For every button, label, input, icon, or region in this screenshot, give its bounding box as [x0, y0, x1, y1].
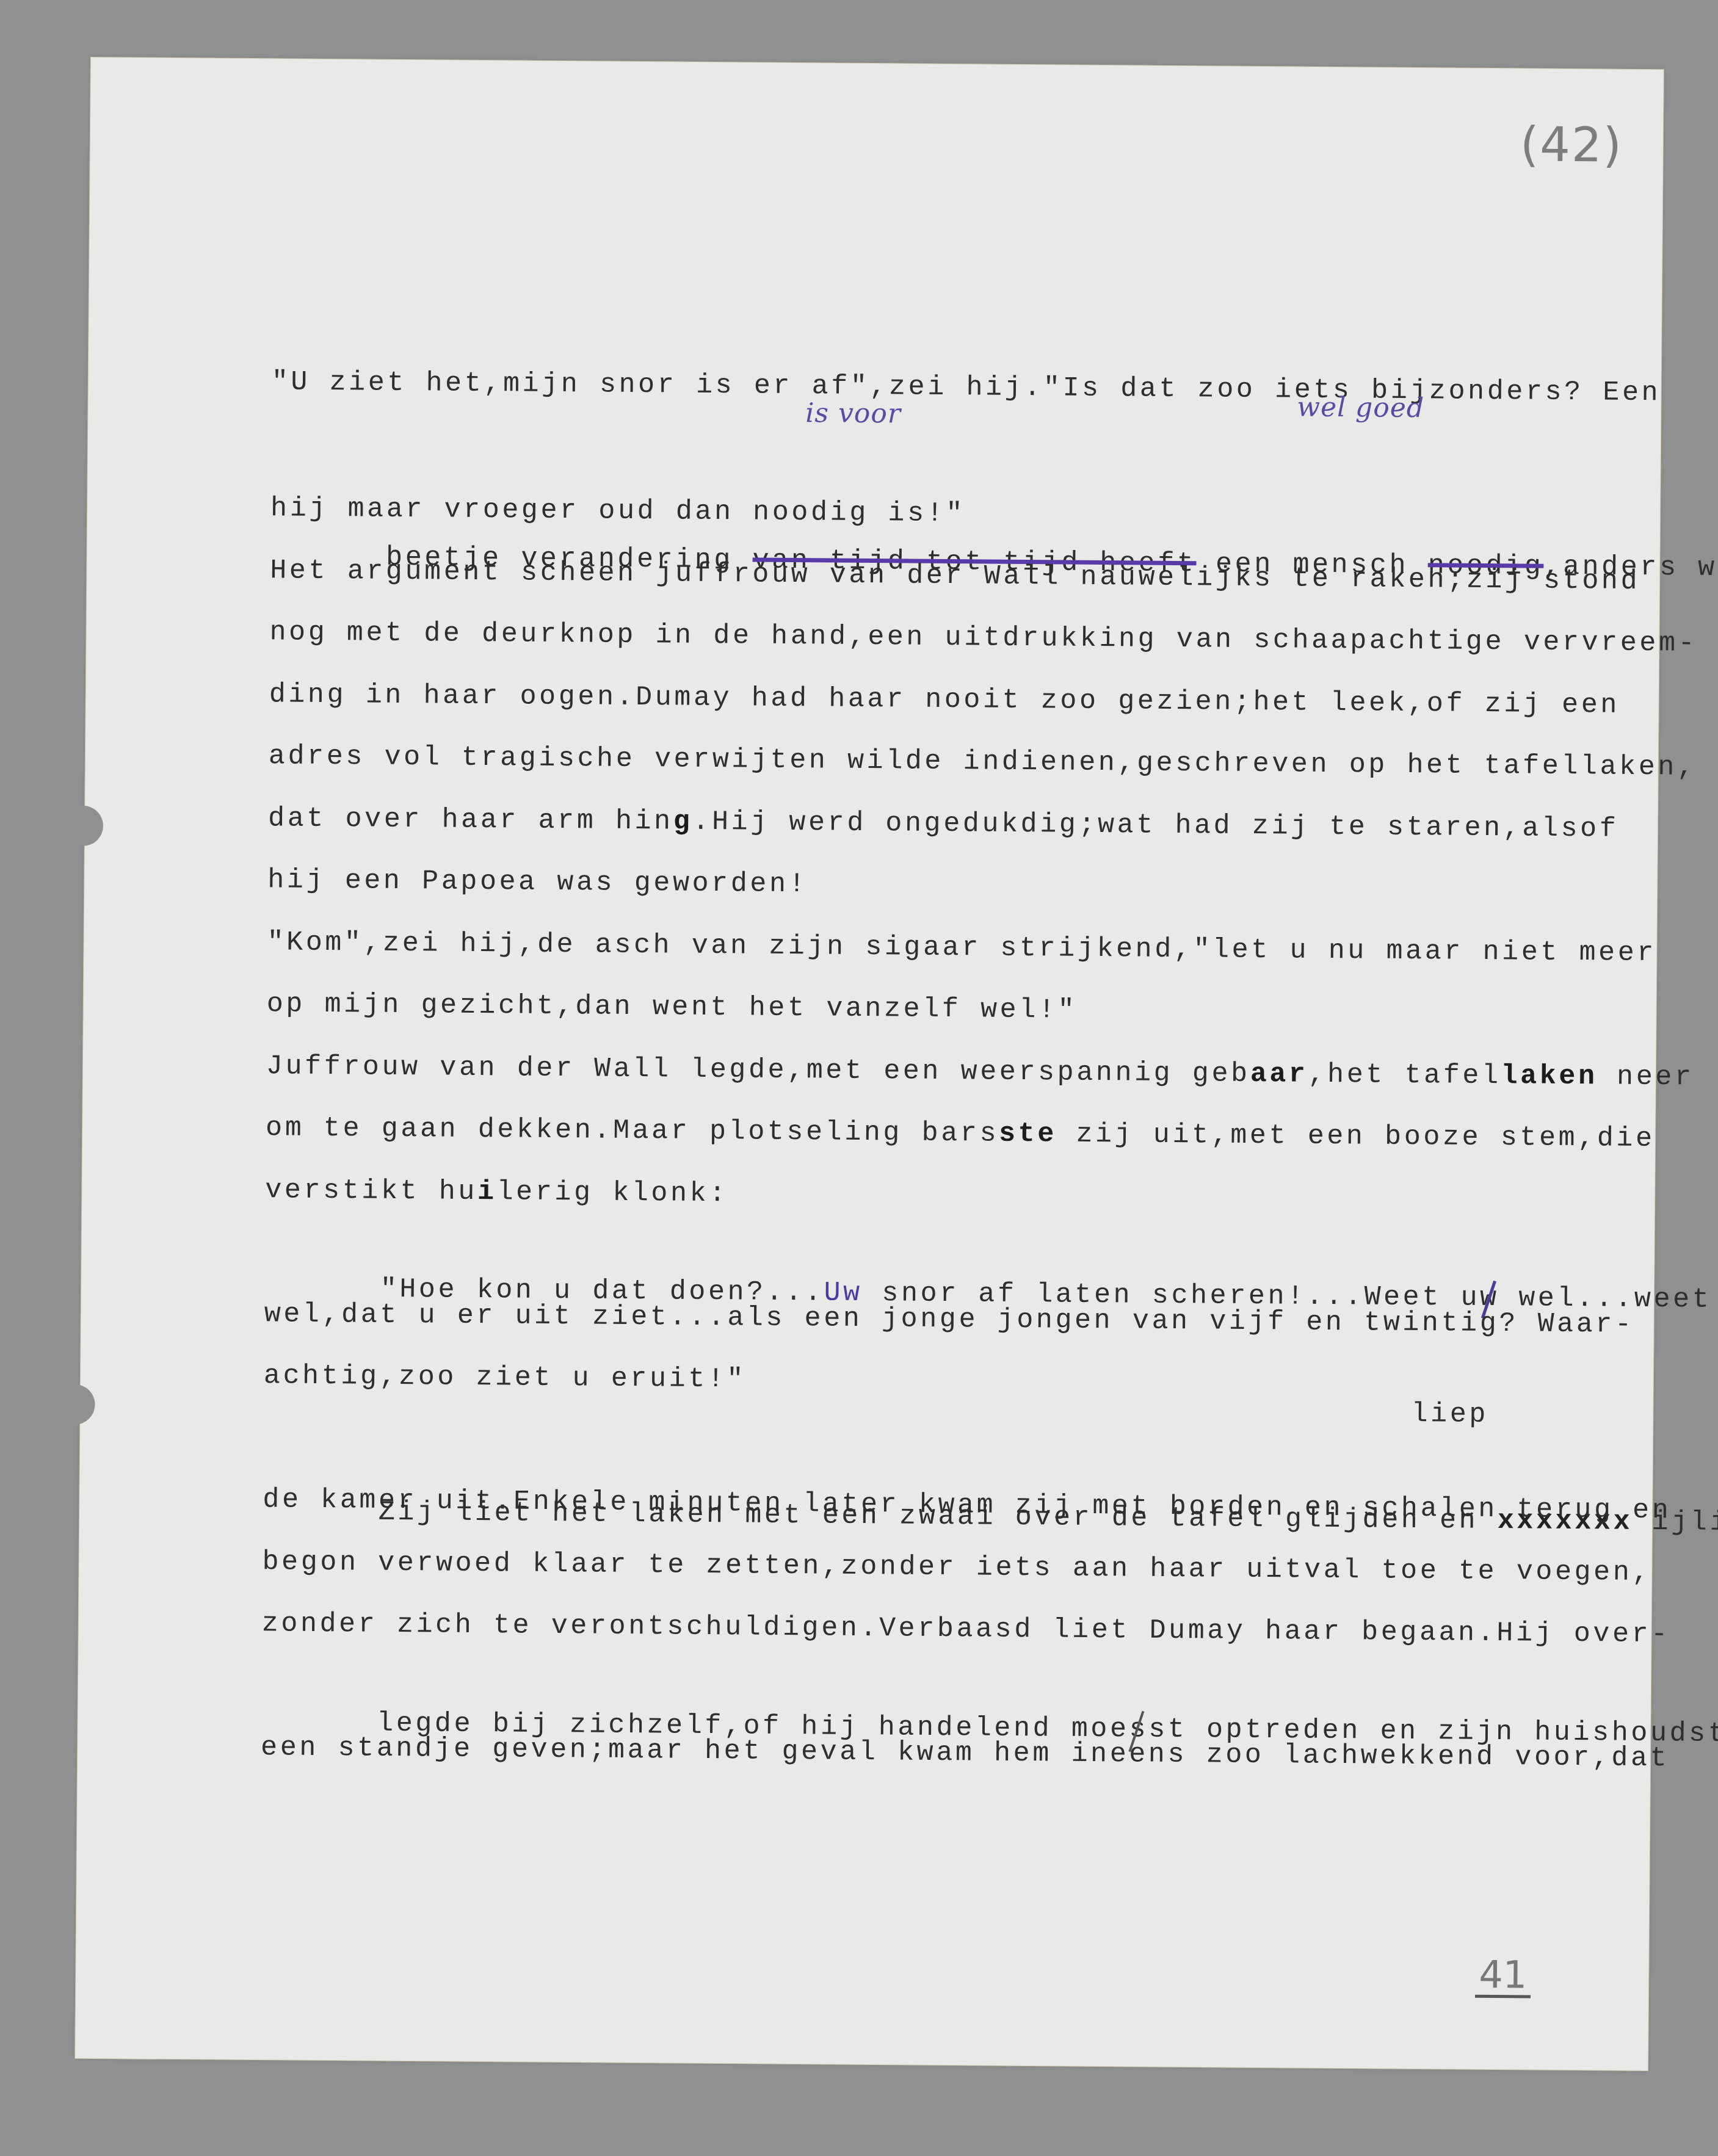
overtyped-text: ste — [999, 1118, 1057, 1150]
text-line: hij maar vroeger oud dan noodig is!" — [270, 490, 1694, 563]
pencil-page-number-top: (42) — [1520, 117, 1623, 173]
text-line: "Kom",zei hij,de asch van zijn sigaar st… — [267, 924, 1690, 997]
text-line-corrected: liep Zij liet het laken met een zwaai ov… — [263, 1420, 1686, 1493]
text-line: ding in haar oogen.Dumay had haar nooit … — [269, 676, 1692, 750]
text-line: Het argument scheen juffrouw van der Wal… — [270, 552, 1693, 626]
overtyped-text: aar — [1250, 1058, 1308, 1090]
handwritten-insertion: wel goed — [1297, 389, 1424, 427]
text-line-corrected: "Hoe kon u dat doen?...Uw snor af laten … — [264, 1234, 1687, 1307]
text-line: hij een Papoea was geworden! — [267, 862, 1691, 935]
text-line: nog met de deurknop in de hand,een uitdr… — [269, 614, 1692, 687]
text-line: zonder zich te verontschuldigen.Verbaasd… — [261, 1605, 1684, 1679]
text-line-corrected: is voor wel goed beetje verandering van … — [270, 429, 1694, 502]
text-line: verstikt huilerig klonk: — [265, 1172, 1688, 1245]
text-line: "U ziet het,mijn snor is er af",zei hij.… — [271, 364, 1694, 437]
text-line: op mijn gezicht,dan went het vanzelf wel… — [266, 986, 1689, 1059]
overtyped-text: laken — [1501, 1060, 1597, 1092]
text-line: Juffrouw van der Wall legde,met een weer… — [266, 1048, 1689, 1121]
overtyped-text: g — [673, 806, 693, 837]
text-line: begon verwoed klaar te zetten,zonder iet… — [262, 1544, 1685, 1617]
overtyped-text: i — [477, 1176, 497, 1207]
typewritten-text: "U ziet het,mijn snor is er af",zei hij.… — [261, 364, 1694, 1803]
text-line: de kamer uit.Enkele minuten later kwam z… — [263, 1481, 1686, 1555]
text-line: adres vol tragische verwijten wilde indi… — [268, 738, 1691, 811]
pencil-page-number-bottom: 41 — [1475, 1956, 1531, 1999]
text-line: een standje geven;maar het geval kwam he… — [261, 1729, 1684, 1803]
text-line: dat over haar arm hing.Hij werd ongedukd… — [268, 800, 1691, 874]
handwritten-insertion: is voor — [805, 395, 901, 432]
text-line: om te gaan dekken.Maar plotseling barsst… — [266, 1110, 1689, 1183]
text-line-corrected: legde bij zichzelf,of hij handelend moes… — [261, 1668, 1684, 1741]
manuscript-page: (42) "U ziet het,mijn snor is er af",zei… — [75, 57, 1664, 2071]
text-line: wel,dat u er uit ziet...als een jonge jo… — [264, 1296, 1687, 1369]
punch-hole-upper — [63, 806, 104, 847]
punch-hole-lower — [54, 1384, 95, 1425]
typed-insertion: liep — [1411, 1395, 1488, 1433]
